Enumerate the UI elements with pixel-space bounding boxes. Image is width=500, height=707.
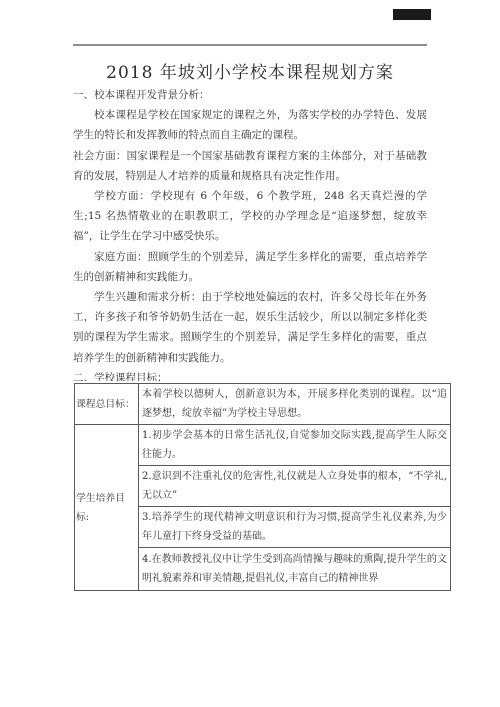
student-goal-item-3: 3.培养学生的现代精神文明意识和行为习惯,提高学生礼仪素养,为少年儿童打下终身受… bbox=[139, 507, 451, 548]
student-goal-item-2: 2.意识到不注重礼仪的危害性,礼仪就是人立身处事的根本，“不学礼,无以立” bbox=[139, 466, 451, 507]
document-body: 一、校本课程开发背景分析： 校本课程是学校在国家规定的课程之外，为落实学校的办学… bbox=[73, 85, 427, 381]
curriculum-goals-table: 课程总目标： 本着学校以德树人，创新意识为本，开展多样化类别的课程。以“追逐梦想… bbox=[74, 383, 451, 591]
overall-goal-label: 课程总目标： bbox=[75, 384, 139, 425]
table-row-student-goal-1: 学生培养目标: 1.初步学会基本的日常生活礼仪,自觉参加交际实践,提高学生人际交… bbox=[75, 425, 451, 466]
document-page: 2018 年坡刘小学校本课程规划方案 一、校本课程开发背景分析： 校本课程是学校… bbox=[0, 0, 500, 707]
table-row-overall-goal: 课程总目标： 本着学校以德树人，创新意识为本，开展多样化类别的课程。以“追逐梦想… bbox=[75, 384, 451, 425]
student-goals-label: 学生培养目标: bbox=[75, 425, 139, 591]
student-goal-item-1: 1.初步学会基本的日常生活礼仪,自觉参加交际实践,提高学生人际交往能力。 bbox=[139, 425, 451, 466]
paragraph-curriculum-definition: 校本课程是学校在国家规定的课程之外，为落实学校的办学特色、发展学生的特长和发挥教… bbox=[73, 105, 427, 145]
section-heading-1: 一、校本课程开发背景分析： bbox=[73, 85, 427, 105]
paragraph-society-aspect: 社会方面：国家课程是一个国家基础教育课程方案的主体部分，对于基础教育的发展，特别… bbox=[73, 146, 427, 186]
student-goal-item-4: 4.在教师教授礼仪中让学生受到高尚情操与趣味的熏陶,提升学生的文明礼貌素养和审美… bbox=[139, 548, 451, 591]
paragraph-school-aspect: 学校方面：学校现有 6 个年级，6 个教学班，248 名天真烂漫的学生;15 名… bbox=[73, 186, 427, 247]
document-title: 2018 年坡刘小学校本课程规划方案 bbox=[0, 58, 500, 83]
top-right-black-mark bbox=[393, 9, 431, 20]
paragraph-family-aspect: 家庭方面：照顾学生的个别差异，满足学生多样化的需要，重点培养学生的创新精神和实践… bbox=[73, 247, 427, 287]
paragraph-student-needs-analysis: 学生兴趣和需求分析：由于学校地处偏远的农村，许多父母长年在外务工，许多孩子和爷爷… bbox=[73, 287, 427, 368]
header-divider-line bbox=[73, 44, 427, 46]
section-heading-2: 二、学校课程目标： bbox=[73, 368, 427, 381]
overall-goal-content: 本着学校以德树人，创新意识为本，开展多样化类别的课程。以“追逐梦想，绽放幸福”为… bbox=[139, 384, 451, 425]
